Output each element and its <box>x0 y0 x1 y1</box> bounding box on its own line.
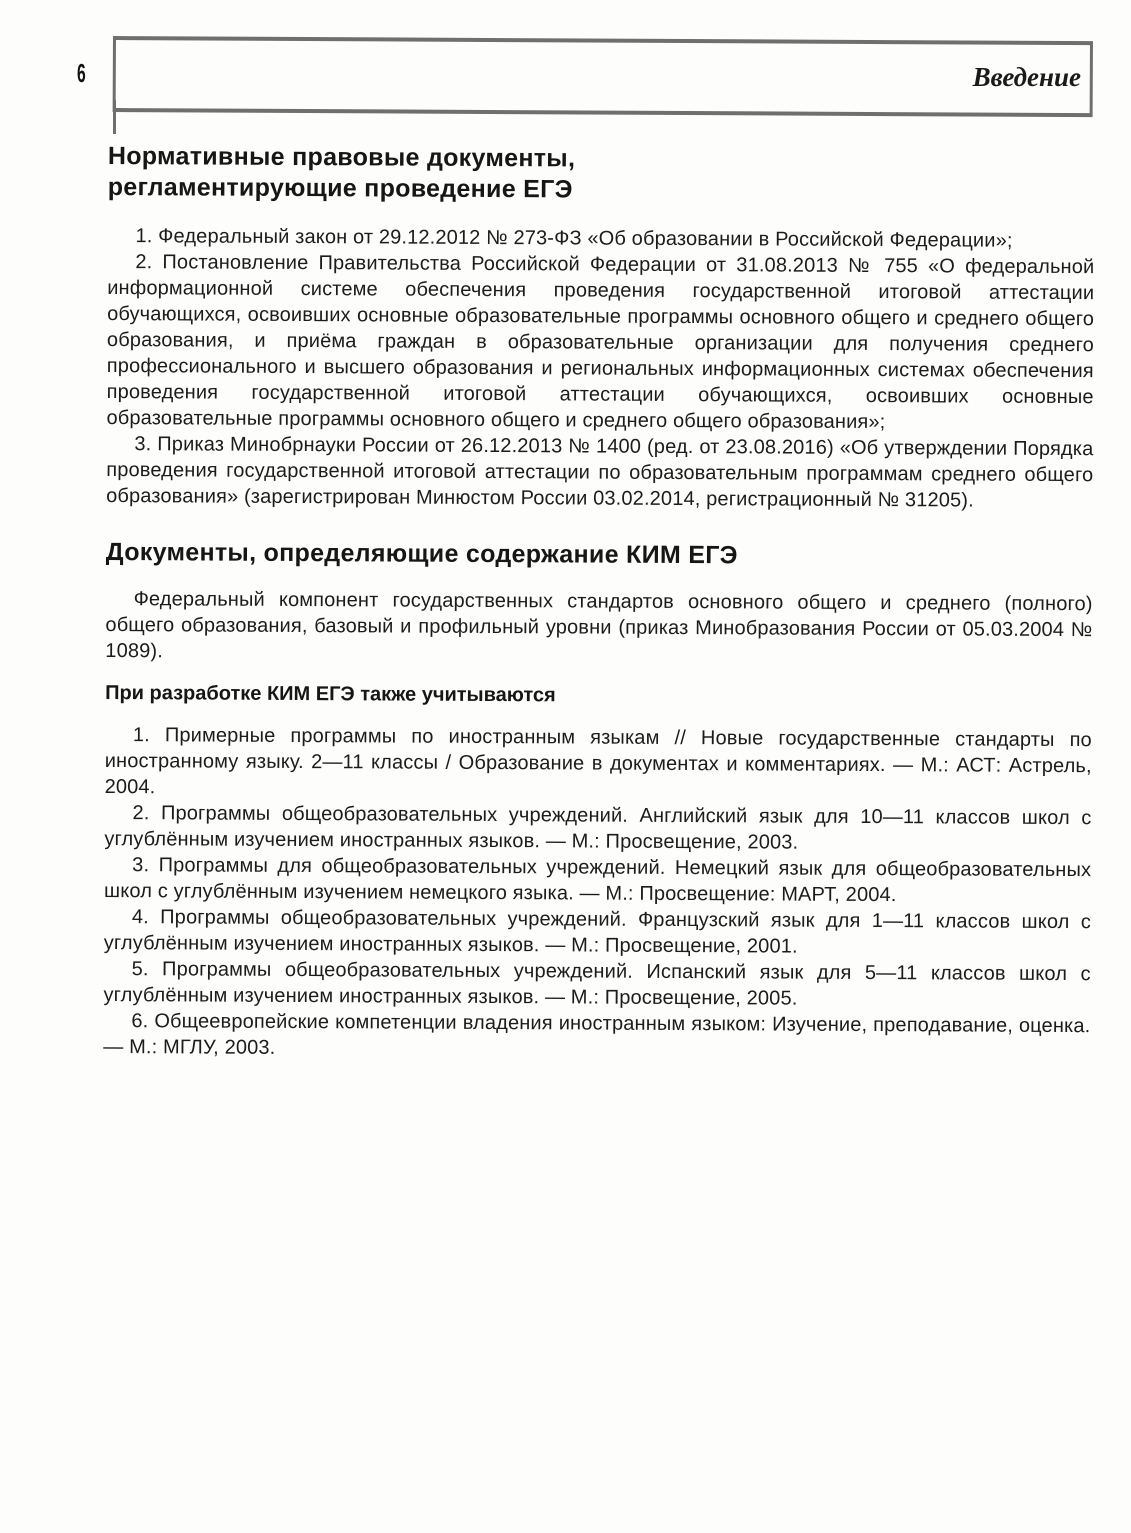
list-item: 2. Программы общеобразовательных учрежде… <box>104 800 1091 857</box>
subsection-title: При разработке КИМ ЕГЭ также учитываются <box>105 680 1092 711</box>
section-also-considered: При разработке КИМ ЕГЭ также учитываются… <box>103 680 1092 1065</box>
header-frame-stem <box>113 100 116 134</box>
section-title-legal: Нормативные правовые документы, регламен… <box>108 141 1095 208</box>
page-number: 6 <box>77 58 86 89</box>
list-item: 3. Программы для общеобразовательных учр… <box>104 852 1091 909</box>
list-item: 5. Программы общеобразовательных учрежде… <box>103 956 1090 1013</box>
section-content-documents: Документы, определяющие содержание КИМ Е… <box>105 537 1093 669</box>
list-item: 6. Общеевропейские компетенции владения … <box>103 1008 1090 1065</box>
list-item: 4. Программы общеобразовательных учрежде… <box>104 904 1091 961</box>
section-legal-documents: Нормативные правовые документы, регламен… <box>106 141 1095 514</box>
list-item: 3. Приказ Минобрнауки России от 26.12.20… <box>106 431 1093 514</box>
paragraph: Федеральный компонент государственных ст… <box>105 586 1092 669</box>
page-content: Нормативные правовые документы, регламен… <box>103 141 1095 1065</box>
section-title-content: Документы, определяющие содержание КИМ Е… <box>106 537 1093 573</box>
running-title: Введение <box>973 62 1081 93</box>
running-header-frame <box>113 36 1093 117</box>
section-title-line-1: Нормативные правовые документы, <box>108 142 575 172</box>
section-title-line-2: регламентирующие проведение ЕГЭ <box>108 173 573 203</box>
list-item: 1. Примерные программы по иностранным яз… <box>105 722 1092 805</box>
list-item: 2. Постановление Правительства Российско… <box>106 249 1094 436</box>
